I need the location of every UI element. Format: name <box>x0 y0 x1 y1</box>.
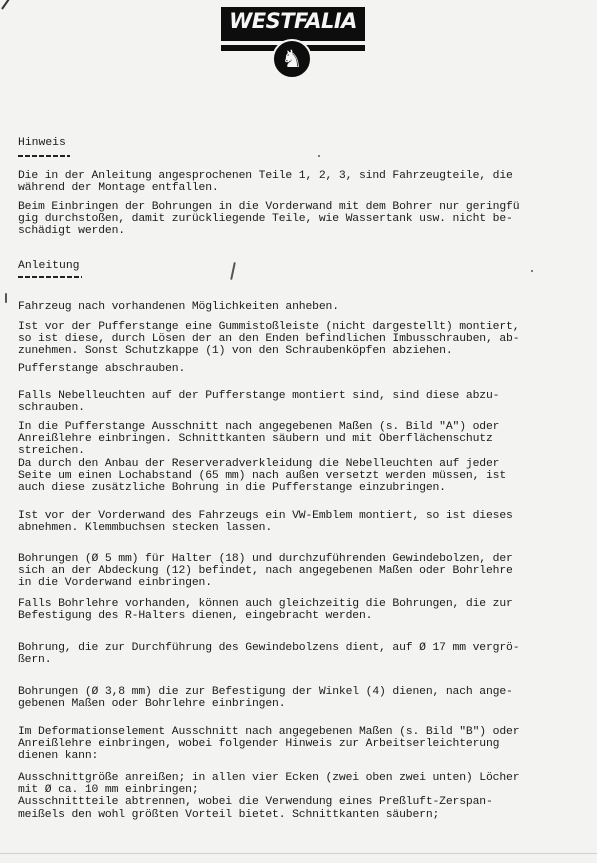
instruction-paragraph: Bohrungen (Ø 5 mm) für Halter (18) und d… <box>18 553 513 590</box>
instruction-paragraph: In die Pufferstange Ausschnitt nach ange… <box>18 421 506 494</box>
instruction-paragraph: Bohrung, die zur Durchführung des Gewind… <box>18 642 519 666</box>
scan-speck <box>531 270 533 272</box>
instruction-paragraph: Ist vor der Vorderwand des Fahrzeugs ein… <box>18 510 513 534</box>
scan-speck <box>5 293 7 303</box>
scan-mark <box>1 0 18 10</box>
scan-speck <box>230 262 236 280</box>
hinweis-paragraph: Die in der Anleitung angesprochenen Teil… <box>18 170 513 194</box>
instruction-paragraph: Fahrzeug nach vorhandenen Möglichkeiten … <box>18 301 339 313</box>
logo-brand-text: WESTFALIA <box>221 9 365 33</box>
section-heading-hinweis: Hinweis <box>18 137 66 149</box>
hinweis-paragraph: Beim Einbringen der Bohrungen in die Vor… <box>18 201 519 238</box>
instruction-paragraph: Ausschnittgröße anreißen; in allen vier … <box>18 772 519 821</box>
instruction-paragraph: Im Deformationselement Ausschnitt nach a… <box>18 726 519 763</box>
heading-underline <box>18 276 82 278</box>
page-edge <box>0 853 597 854</box>
logo-banner: WESTFALIA <box>221 7 365 41</box>
document-page: WESTFALIA ♞ Hinweis Die in der Anleitung… <box>0 0 597 863</box>
instruction-paragraph: Bohrungen (Ø 3,8 mm) die zur Befestigung… <box>18 686 513 710</box>
instruction-paragraph: Ist vor der Pufferstange eine Gummistoßl… <box>18 321 519 358</box>
instruction-paragraph: Falls Nebelleuchten auf der Pufferstange… <box>18 390 499 414</box>
instruction-paragraph: Pufferstange abschrauben. <box>18 363 185 375</box>
section-heading-anleitung: Anleitung <box>18 260 80 272</box>
logo-emblem: ♞ <box>272 39 312 79</box>
heading-underline <box>18 155 70 157</box>
scan-speck <box>318 155 320 157</box>
instruction-paragraph: Falls Bohrlehre vorhanden, können auch g… <box>18 598 513 622</box>
westfalia-logo: WESTFALIA ♞ <box>221 7 365 79</box>
rearing-horse-icon: ♞ <box>274 44 310 74</box>
